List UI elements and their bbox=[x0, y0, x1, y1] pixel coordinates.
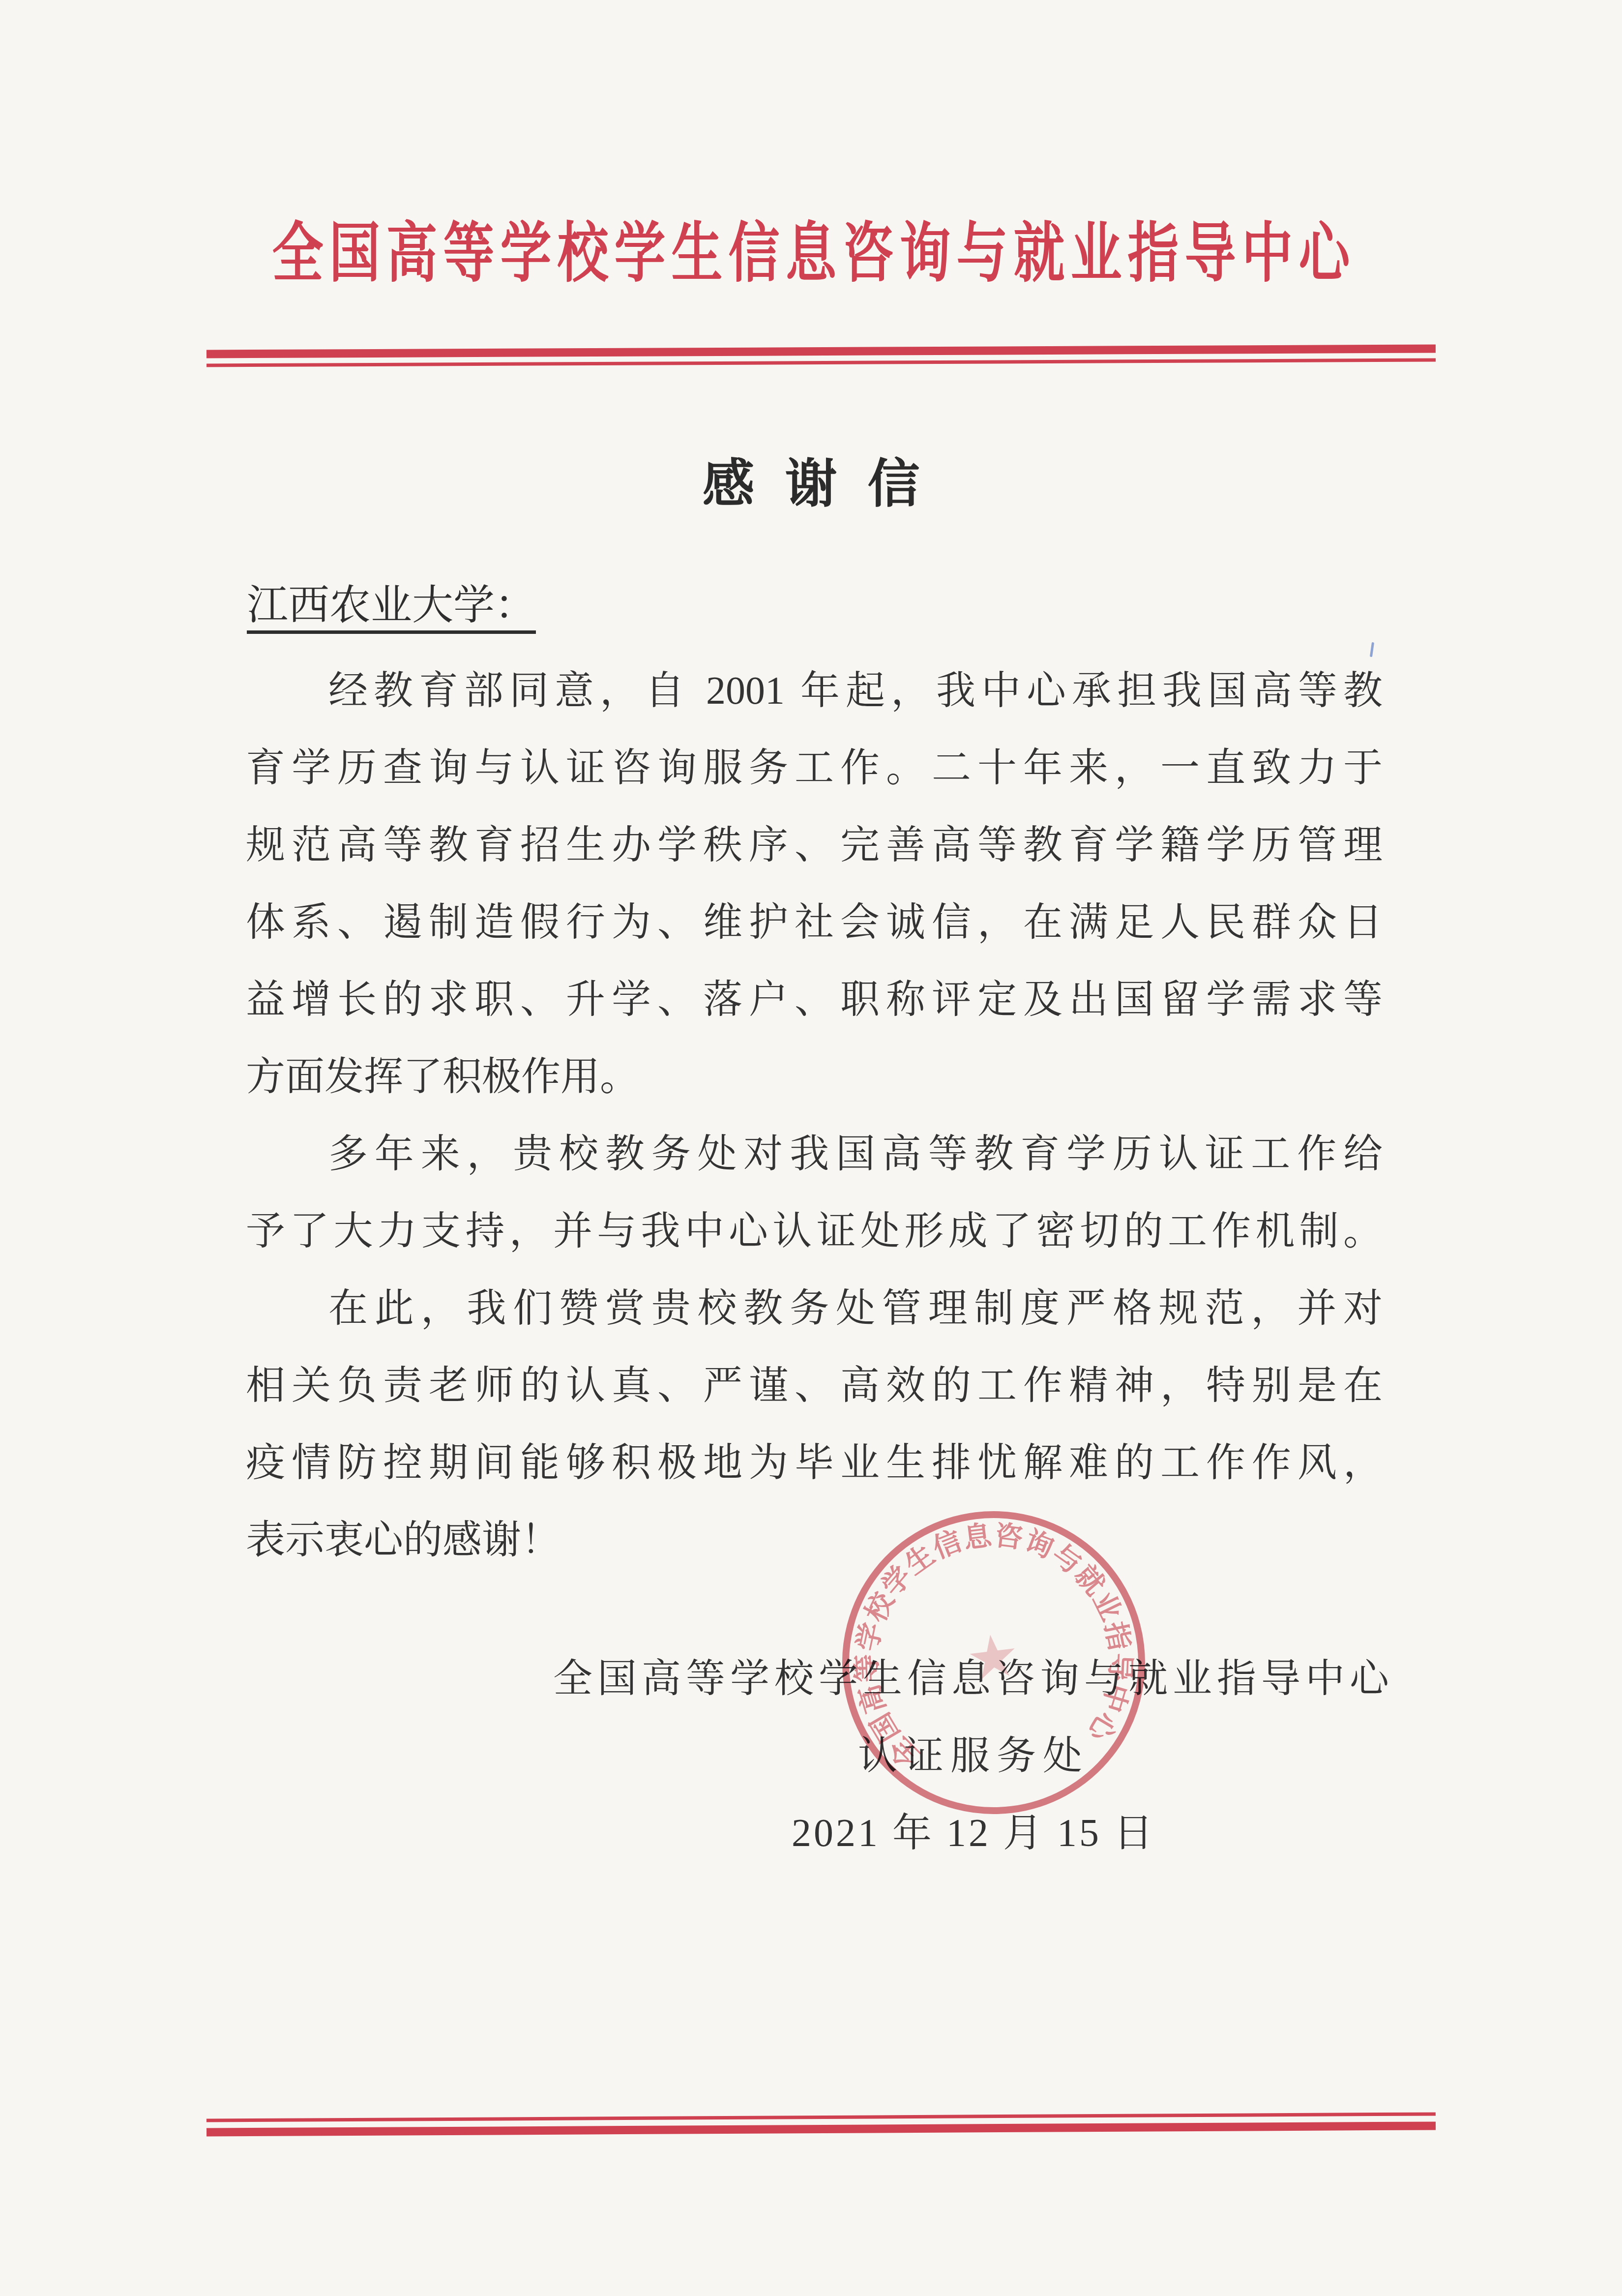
body-line: 育学历查询与认证咨询服务工作。二十年来，一直致力于 bbox=[246, 730, 1383, 807]
seal-star-icon: ★ bbox=[963, 1622, 1023, 1693]
body-line: 体系、遏制造假行为、维护社会诚信，在满足人民群众日 bbox=[246, 884, 1383, 961]
body-line: 在此，我们赞赏贵校教务处管理制度严格规范，并对 bbox=[246, 1270, 1383, 1347]
official-seal: 全国高等学校学生信息咨询与就业指导中心 ★ bbox=[820, 1489, 1168, 1837]
body-line: 益增长的求职、升学、落户、职称评定及出国留学需求等 bbox=[246, 961, 1383, 1039]
body-line: 表示衷心的感谢！ bbox=[246, 1502, 1383, 1579]
scanned-letter-page: 全国高等学校学生信息咨询与就业指导中心 感谢信 江西农业大学： 经教育部同意，自… bbox=[0, 0, 1622, 2296]
body-line: 予了大力支持，并与我中心认证处形成了密切的工作机制。 bbox=[246, 1193, 1383, 1270]
letter-body: 经教育部同意，自 2001 年起，我中心承担我国高等教 育学历查询与认证咨询服务… bbox=[246, 653, 1383, 1579]
body-line: 多年来，贵校教务处对我国高等教育学历认证工作给 bbox=[246, 1116, 1383, 1193]
letter-title: 感谢信 bbox=[0, 453, 1622, 515]
body-line: 经教育部同意，自 2001 年起，我中心承担我国高等教 bbox=[246, 653, 1383, 730]
body-line: 疫情防控期间能够积极地为毕业生排忧解难的工作作风， bbox=[246, 1425, 1383, 1502]
body-line: 方面发挥了积极作用。 bbox=[246, 1039, 1383, 1116]
letterhead-org-name: 全国高等学校学生信息咨询与就业指导中心 bbox=[0, 213, 1622, 295]
footer-double-rule bbox=[206, 2112, 1436, 2136]
recipient-line: 江西农业大学： bbox=[247, 585, 536, 634]
letterhead-double-rule bbox=[206, 345, 1436, 367]
body-line: 相关负责老师的认真、严谨、高效的工作精神，特别是在 bbox=[246, 1347, 1383, 1425]
body-line: 规范高等教育招生办学秩序、完善高等教育学籍学历管理 bbox=[246, 807, 1383, 884]
